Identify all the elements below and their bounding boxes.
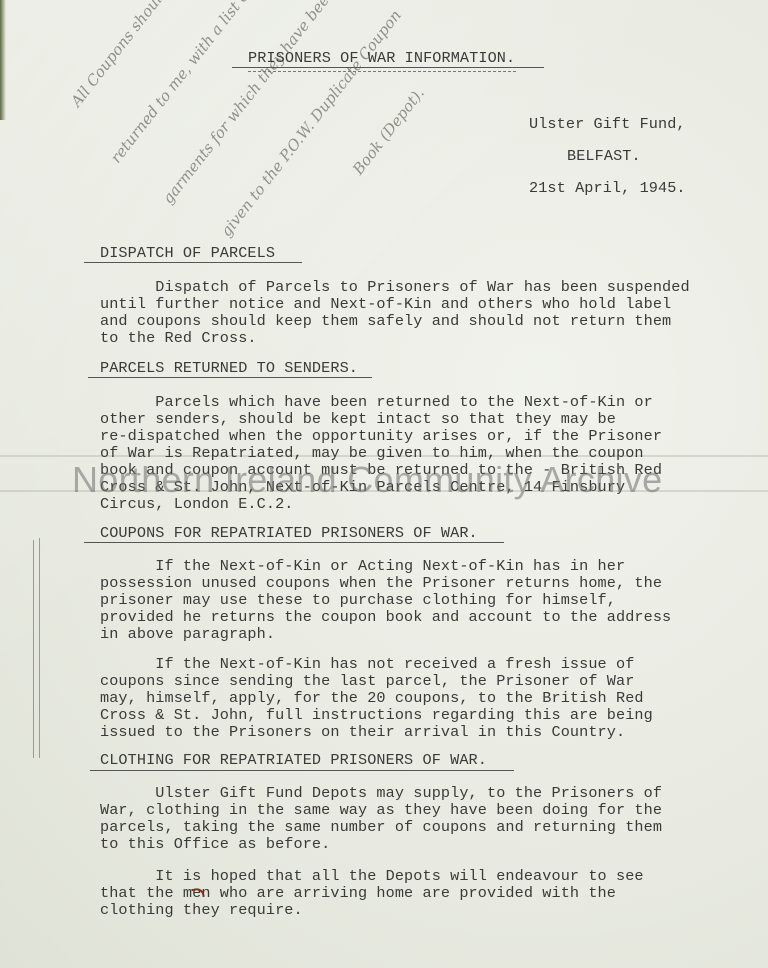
document-title: PRISONERS OF WAR INFORMATION. — [248, 50, 515, 67]
paragraph-line: If the Next-of-Kin or Acting Next-of-Kin… — [100, 558, 625, 575]
paragraph-line: may, himself, apply, for the 20 coupons,… — [100, 690, 644, 707]
heading-underline — [84, 542, 504, 543]
section-heading: DISPATCH OF PARCELS — [100, 245, 275, 262]
paragraph-line: issued to the Prisoners on their arrival… — [100, 724, 625, 741]
paragraph-line: other senders, should be kept intact so … — [100, 411, 616, 428]
paragraph-line: coupons since sending the last parcel, t… — [100, 673, 634, 690]
title-underline — [248, 71, 516, 72]
letter-date: 21st April, 1945. — [529, 180, 686, 197]
handwritten-line: given to the P.O.W. Duplicate Coupon — [215, 5, 406, 241]
paragraph-line: possession unused coupons when the Priso… — [100, 575, 662, 592]
paragraph-line: prisoner may use these to purchase cloth… — [100, 592, 616, 609]
title-underline — [232, 67, 544, 68]
paragraph-line: If the Next-of-Kin has not received a fr… — [100, 656, 634, 673]
paragraph-line: clothing they require. — [100, 902, 303, 919]
section-heading: PARCELS RETURNED TO SENDERS. — [100, 360, 358, 377]
paragraph-line: that the men who are arriving home are p… — [100, 885, 616, 902]
paragraph-line: and coupons should keep them safely and … — [100, 313, 671, 330]
paragraph-line: Parcels which have been returned to the … — [100, 394, 653, 411]
paragraph-line: Cross & St. John, full instructions rega… — [100, 707, 653, 724]
pencil-margin-mark — [39, 538, 40, 758]
paragraph-line: Dispatch of Parcels to Prisoners of War … — [100, 279, 690, 296]
section-heading: CLOTHING FOR REPATRIATED PRISONERS OF WA… — [100, 752, 487, 769]
paragraph-line: parcels, taking the same number of coupo… — [100, 819, 662, 836]
document-page: All Coupons should be returned to me, wi… — [0, 0, 768, 968]
pencil-margin-mark — [33, 540, 34, 758]
heading-underline — [84, 262, 302, 263]
paragraph-line: in above paragraph. — [100, 626, 275, 643]
sender-organisation: Ulster Gift Fund, — [529, 116, 686, 133]
paragraph-line: War, clothing in the same way as they ha… — [100, 802, 662, 819]
paragraph-line: until further notice and Next-of-Kin and… — [100, 296, 671, 313]
paragraph-line: to the Red Cross. — [100, 330, 257, 347]
heading-underline — [88, 377, 372, 378]
paragraph-line: re-dispatched when the opportunity arise… — [100, 428, 662, 445]
archive-watermark: Northern Ireland Community Archive — [72, 459, 662, 501]
heading-underline — [90, 770, 514, 771]
section-heading: COUPONS FOR REPATRIATED PRISONERS OF WAR… — [100, 525, 478, 542]
paragraph-line: Ulster Gift Fund Depots may supply, to t… — [100, 785, 662, 802]
paragraph-line: provided he returns the coupon book and … — [100, 609, 671, 626]
paragraph-line: to this Office as before. — [100, 836, 330, 853]
paragraph-line: It is hoped that all the Depots will end… — [100, 868, 644, 885]
sender-city: BELFAST. — [567, 148, 641, 165]
